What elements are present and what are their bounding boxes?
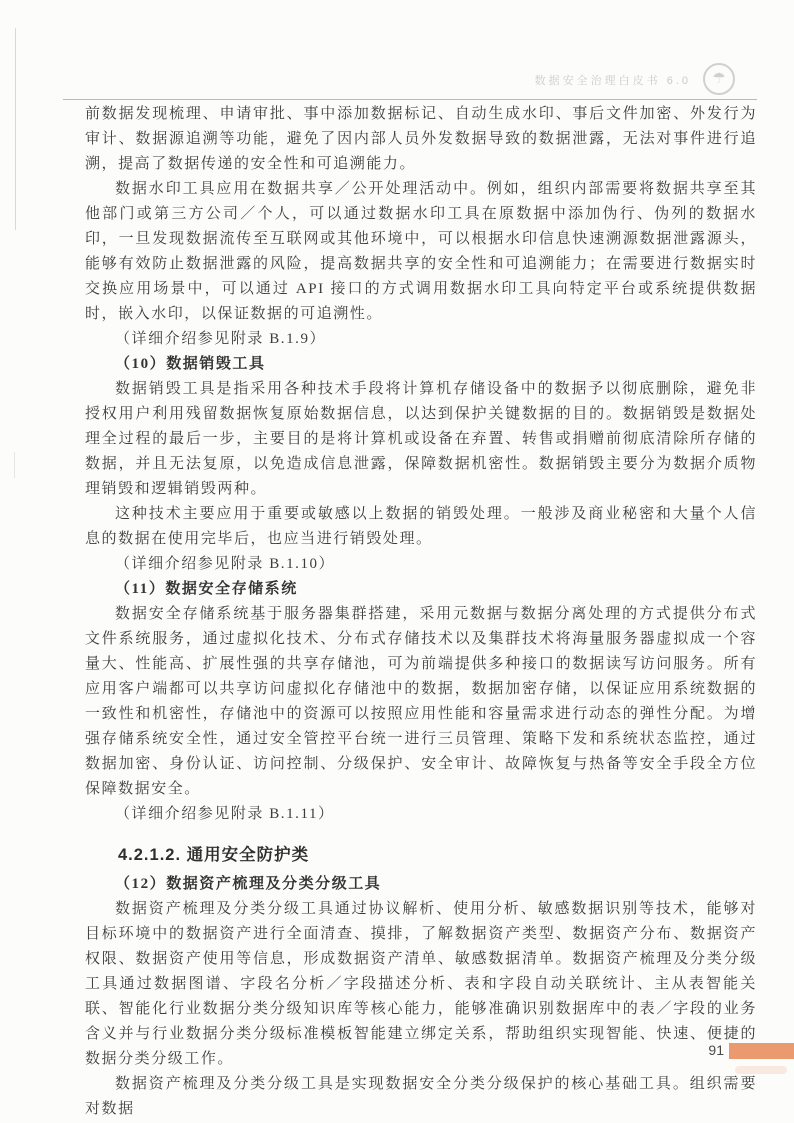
header-title: 数据安全治理白皮书 6.0 [535,72,691,88]
document-page: 数据安全治理白皮书 6.0 ☂ 前数据发现梳理、申请审批、事中添加数据标记、自动… [0,0,794,1123]
appendix-reference-note: （详细介绍参见附录 B.1.9） [85,327,757,352]
umbrella-logo-icon: ☂ [703,63,735,95]
scan-artifact-line [15,28,16,230]
paragraph: 数据销毁工具是指采用各种技术手段将计算机存储设备中的数据予以彻底删除，避免非授权… [85,377,757,502]
section-heading: 4.2.1.2. 通用安全防护类 [85,843,757,868]
footer-accent-bar [729,1043,794,1059]
scan-artifact-line [14,452,15,478]
item-heading: （11）数据安全存储系统 [85,577,757,602]
paragraph: 数据资产梳理及分类分级工具通过协议解析、使用分析、敏感数据识别等技术，能够对目标… [85,897,757,1072]
page-number: 91 [700,1042,724,1058]
paragraph: 这种技术主要应用于重要或敏感以上数据的销毁处理。一般涉及商业秘密和大量个人信息的… [85,502,757,552]
paragraph: 数据资产梳理及分类分级工具是实现数据安全分类分级保护的核心基础工具。组织需要对数… [85,1072,757,1122]
item-heading: （10）数据销毁工具 [85,352,757,377]
page-header: 数据安全治理白皮书 6.0 ☂ [63,60,757,100]
appendix-reference-note: （详细介绍参见附录 B.1.11） [85,802,757,827]
paragraph: 数据安全存储系统基于服务器集群搭建，采用元数据与数据分离处理的方式提供分布式文件… [85,602,757,802]
paragraph: 数据水印工具应用在数据共享／公开处理活动中。例如，组织内部需要将数据共享至其他部… [85,177,757,327]
paragraph: 前数据发现梳理、申请审批、事中添加数据标记、自动生成水印、事后文件加密、外发行为… [85,102,757,177]
item-heading: （12）数据资产梳理及分类分级工具 [85,872,757,897]
footer-accent-bar-bleed [735,1066,787,1074]
body-content: 前数据发现梳理、申请审批、事中添加数据标记、自动生成水印、事后文件加密、外发行为… [85,102,757,1122]
appendix-reference-note: （详细介绍参见附录 B.1.10） [85,552,757,577]
header-divider [63,99,757,100]
